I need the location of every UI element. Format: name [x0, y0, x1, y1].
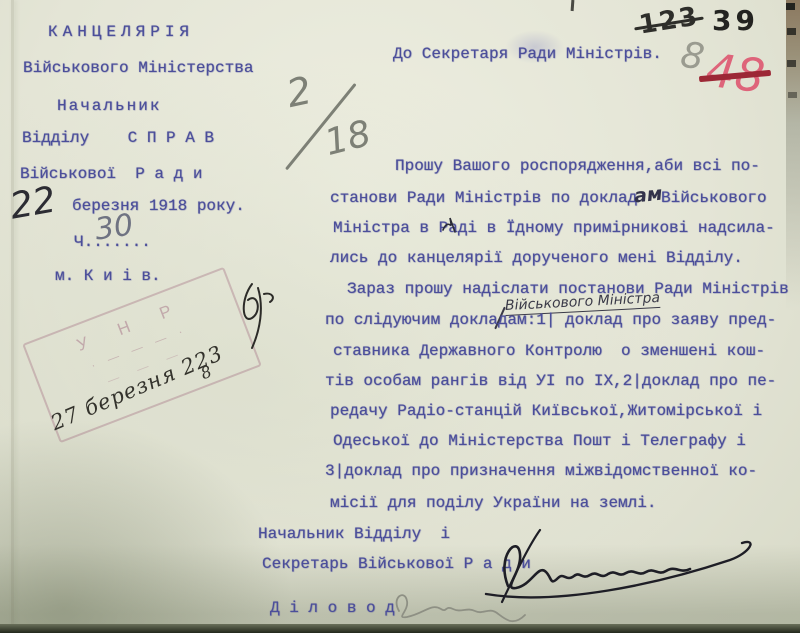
film-edge-tick	[788, 92, 797, 98]
document-page: КАНЦЕЛЯРІЯ Військового Міністерства Нача…	[0, 0, 800, 633]
ink-flourish	[222, 278, 282, 358]
body-line: Одеської до Міністерства Пошт і Телеграф…	[333, 431, 746, 451]
pencil-number: 8	[678, 34, 708, 78]
handwritten-correction: ам	[633, 183, 664, 208]
clerk-signature	[385, 585, 535, 633]
film-edge-tick	[787, 60, 796, 67]
film-right-edge	[786, 0, 800, 310]
signature-title-3: Д і л о в о д	[270, 598, 395, 618]
body-line: станови Ради Міністрів по доклад	[330, 188, 637, 208]
signature-title-1: Начальник Відділу і	[258, 524, 450, 544]
body-line: тів особам рангів від УІ по ІХ,2|доклад …	[325, 371, 776, 391]
handwritten-day: 22	[7, 179, 59, 227]
fraction-numerator: 2	[283, 68, 316, 116]
letterhead-ministry: Військового Міністерства	[23, 58, 253, 78]
letterhead-city: м. К и і в.	[55, 266, 161, 286]
letterhead-chief: Начальник	[57, 96, 161, 116]
body-line: по слідуючим докладам:1| доклад про заяв…	[325, 310, 776, 330]
fold-line	[11, 0, 14, 633]
film-edge-tick	[787, 28, 796, 35]
correction-squiggle	[441, 214, 459, 234]
top-edge-mark	[571, 0, 575, 11]
body-line: місії для поділу України на землі.	[330, 493, 656, 513]
fraction-denominator: 18	[321, 113, 375, 164]
letterhead-office: КАНЦЕЛЯРІЯ	[48, 22, 194, 42]
recipient-line: До Секретаря Ради Міністрів.	[393, 44, 662, 64]
body-line: ставника Державного Контролю о зменшені …	[333, 341, 765, 361]
body-line: Прошу Вашого роспорядження,аби всі по-	[395, 156, 760, 176]
body-line: лись до канцелярії дорученого мені Відді…	[330, 248, 743, 268]
body-line: Військового	[661, 188, 767, 208]
page-number: 39	[712, 4, 759, 37]
body-line: редачу Радіо-станцій Київської,Житомірсь…	[330, 401, 762, 421]
film-edge-tick	[786, 3, 795, 10]
letterhead-department: Відділу С П Р А В	[22, 128, 214, 148]
body-line: 3|доклад про призначення міжвідомственно…	[325, 461, 757, 481]
body-line: Міністра в Раді в Їдному примірникові на…	[333, 218, 775, 238]
handwritten-number: 30	[93, 208, 136, 248]
